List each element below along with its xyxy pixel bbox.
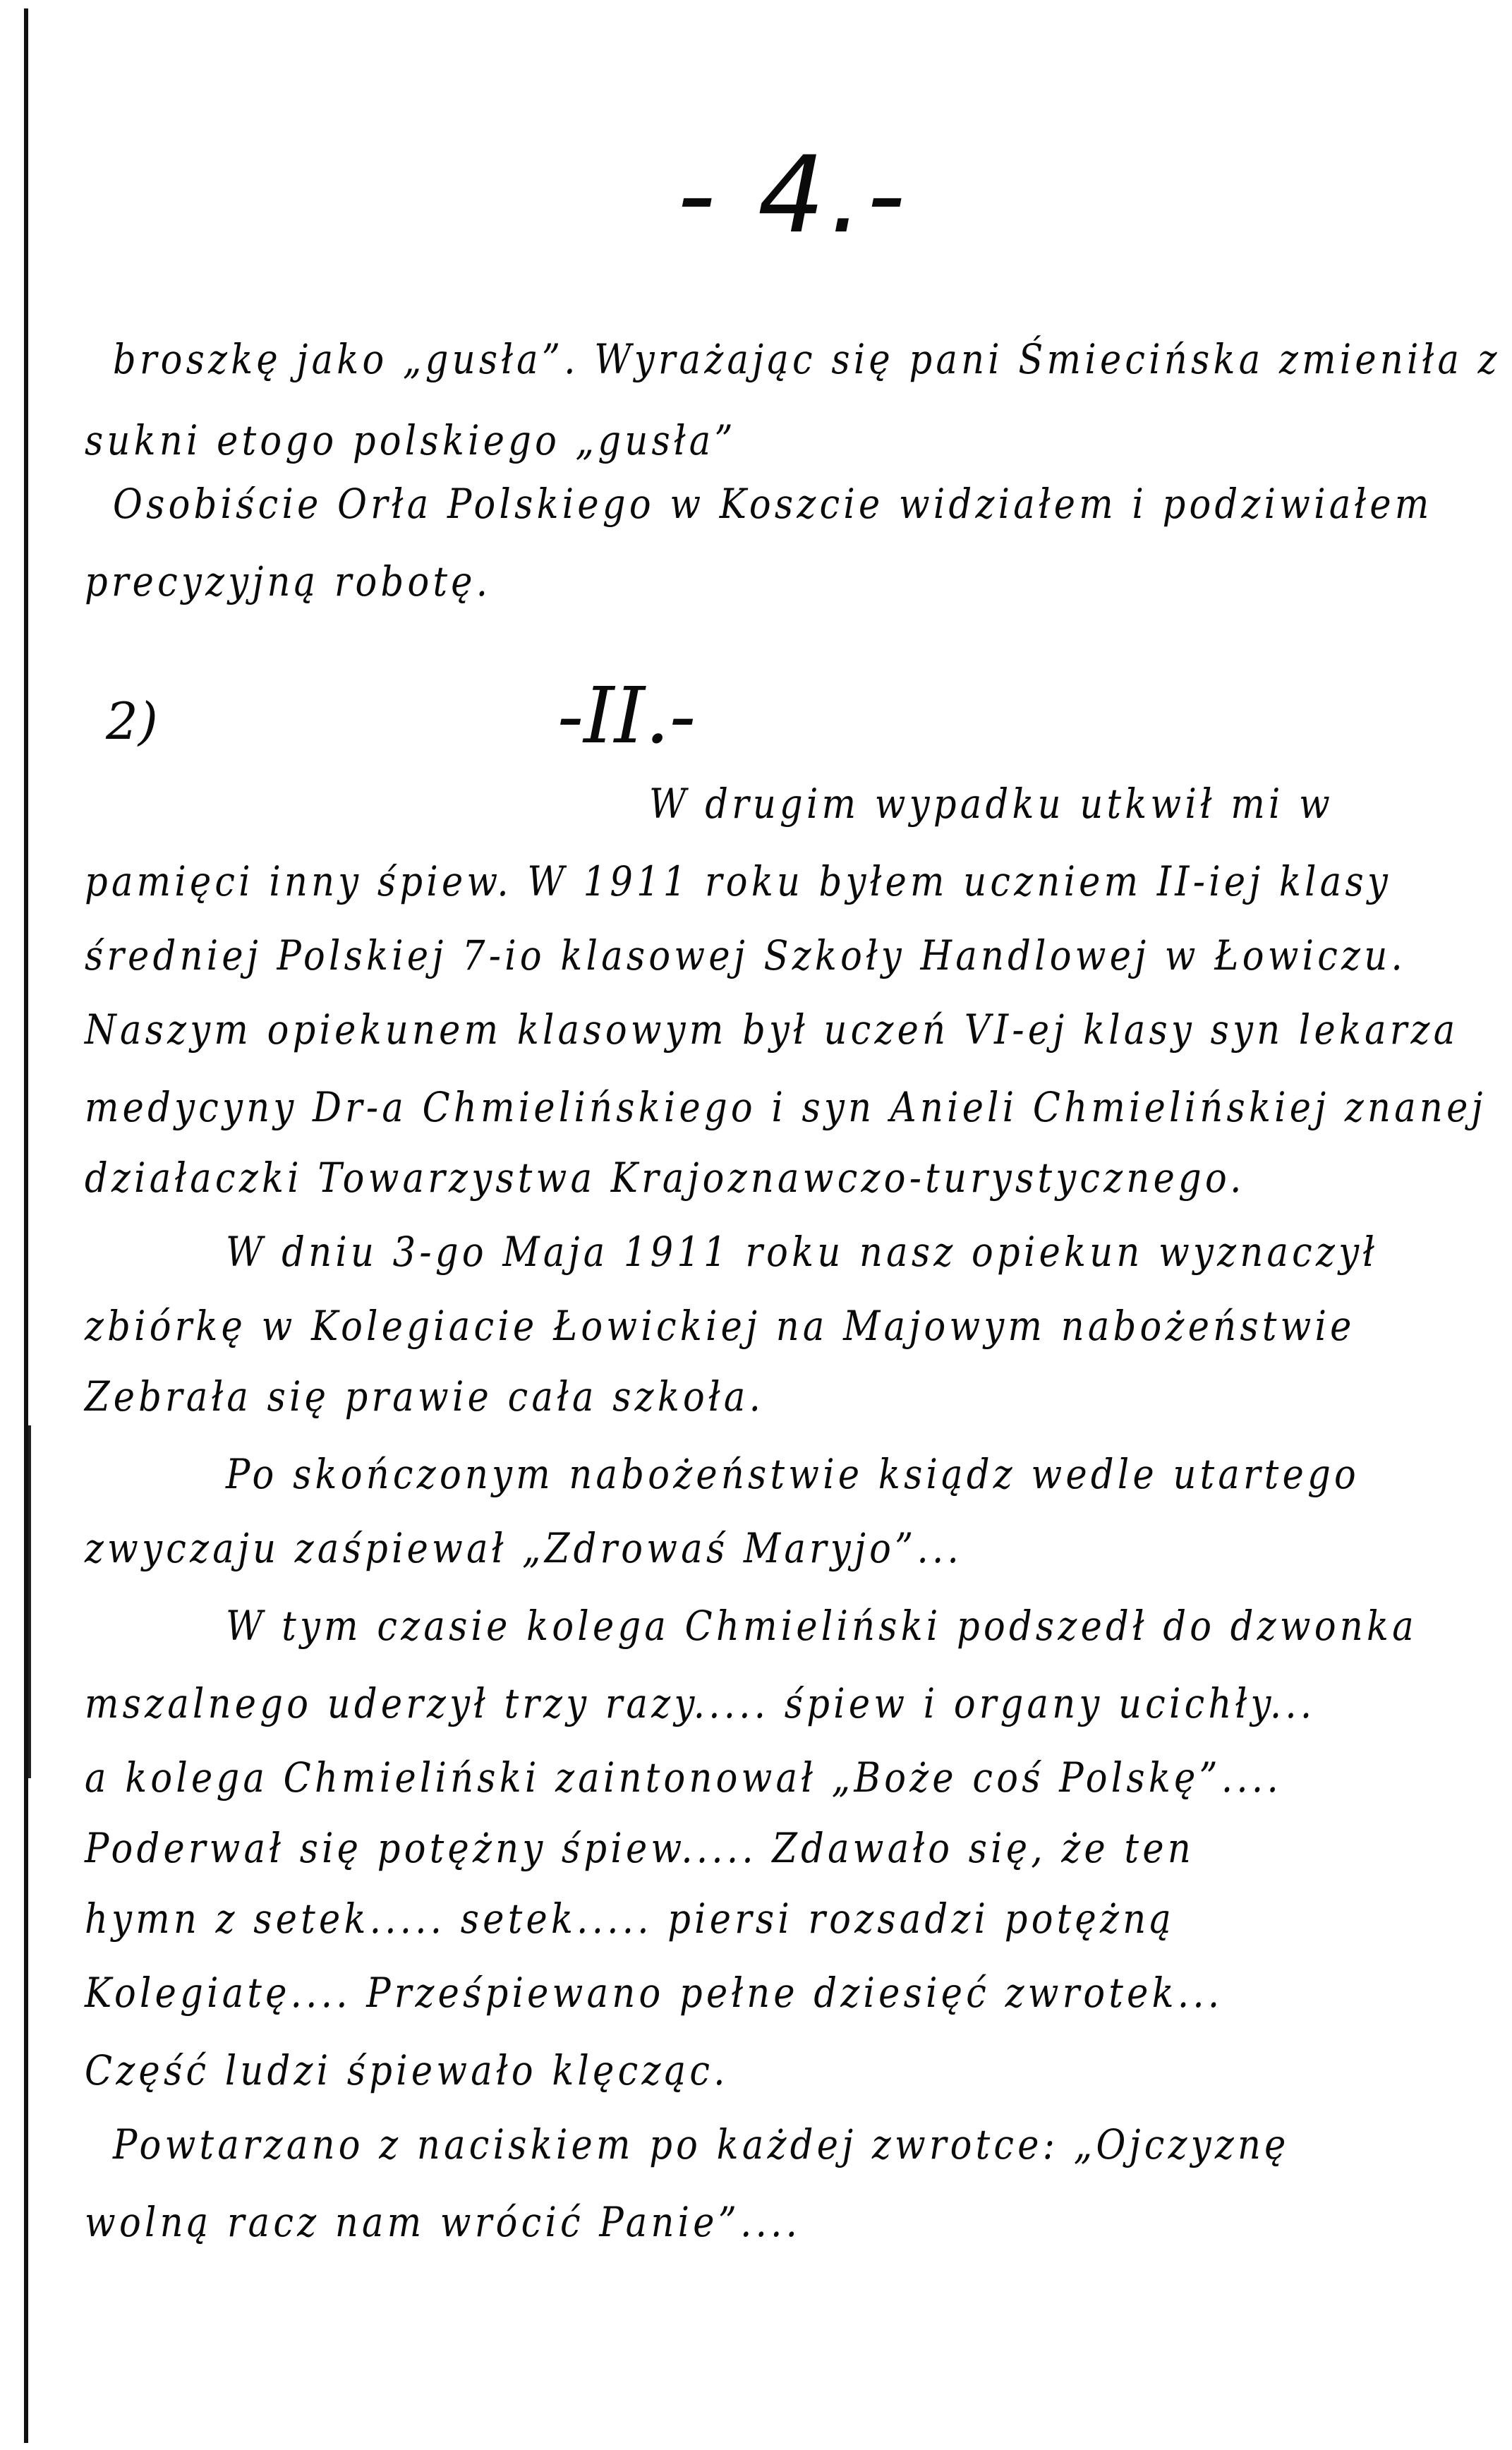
text-line: sukni etogo polskiego „gusła” xyxy=(85,420,737,461)
margin-marker xyxy=(28,1425,31,1778)
text-line: medycyny Dr-a Chmielińskiego i syn Aniel… xyxy=(85,1087,1487,1128)
text-line: Osobiście Orła Polskiego w Koszcie widzi… xyxy=(113,483,1433,524)
text-line: pamięci inny śpiew. W 1911 roku byłem uc… xyxy=(85,861,1391,902)
text-line: mszalnego uderzył trzy razy..... śpiew i… xyxy=(85,1683,1315,1724)
text-line: a kolega Chmieliński zaintonował „Boże c… xyxy=(85,1757,1282,1798)
text-line: Naszym opiekunem klasowym był uczeń VI-e… xyxy=(85,1009,1458,1050)
text-line: zwyczaju zaśpiewał „Zdrowaś Maryjo”... xyxy=(85,1528,962,1569)
text-line: broszkę jako „gusła”. Wyrażając się pani… xyxy=(113,339,1501,380)
text-line: wolną racz nam wrócić Panie”.... xyxy=(85,2202,801,2243)
text-line: W dniu 3-go Maja 1911 roku nasz opiekun … xyxy=(226,1231,1378,1272)
text-line: Po skończonym nabożeństwie ksiądz wedle … xyxy=(226,1454,1360,1495)
text-line: W tym czasie kolega Chmieliński podszedł… xyxy=(226,1605,1417,1646)
page-number: - 4.- xyxy=(677,134,909,257)
text-line: Zebrała się prawie cała szkoła. xyxy=(85,1376,764,1417)
text-line: Poderwał się potężny śpiew..... Zdawało … xyxy=(85,1828,1195,1869)
section-title: -II.- xyxy=(557,670,696,761)
text-line: W drugim wypadku utkwił mi w xyxy=(649,783,1333,824)
text-line: Kolegiatę.... Prześpiewano pełne dziesię… xyxy=(85,1972,1223,2013)
left-margin-rule xyxy=(24,8,28,2443)
text-line: działaczki Towarzystwa Krajoznawczo-tury… xyxy=(85,1157,1245,1198)
text-line: zbiórkę w Kolegiacie Łowickiej na Majowy… xyxy=(85,1305,1355,1346)
text-line: hymn z setek..... setek..... piersi rozs… xyxy=(85,1898,1175,1939)
text-line: precyzyjną robotę. xyxy=(85,561,491,602)
text-line: Powtarzano z naciskiem po każdej zwrotce… xyxy=(113,2124,1290,2165)
section-number: 2) xyxy=(106,692,158,751)
text-line: średniej Polskiej 7-io klasowej Szkoły H… xyxy=(85,935,1406,976)
text-line: Część ludzi śpiewało klęcząc. xyxy=(85,2050,729,2091)
